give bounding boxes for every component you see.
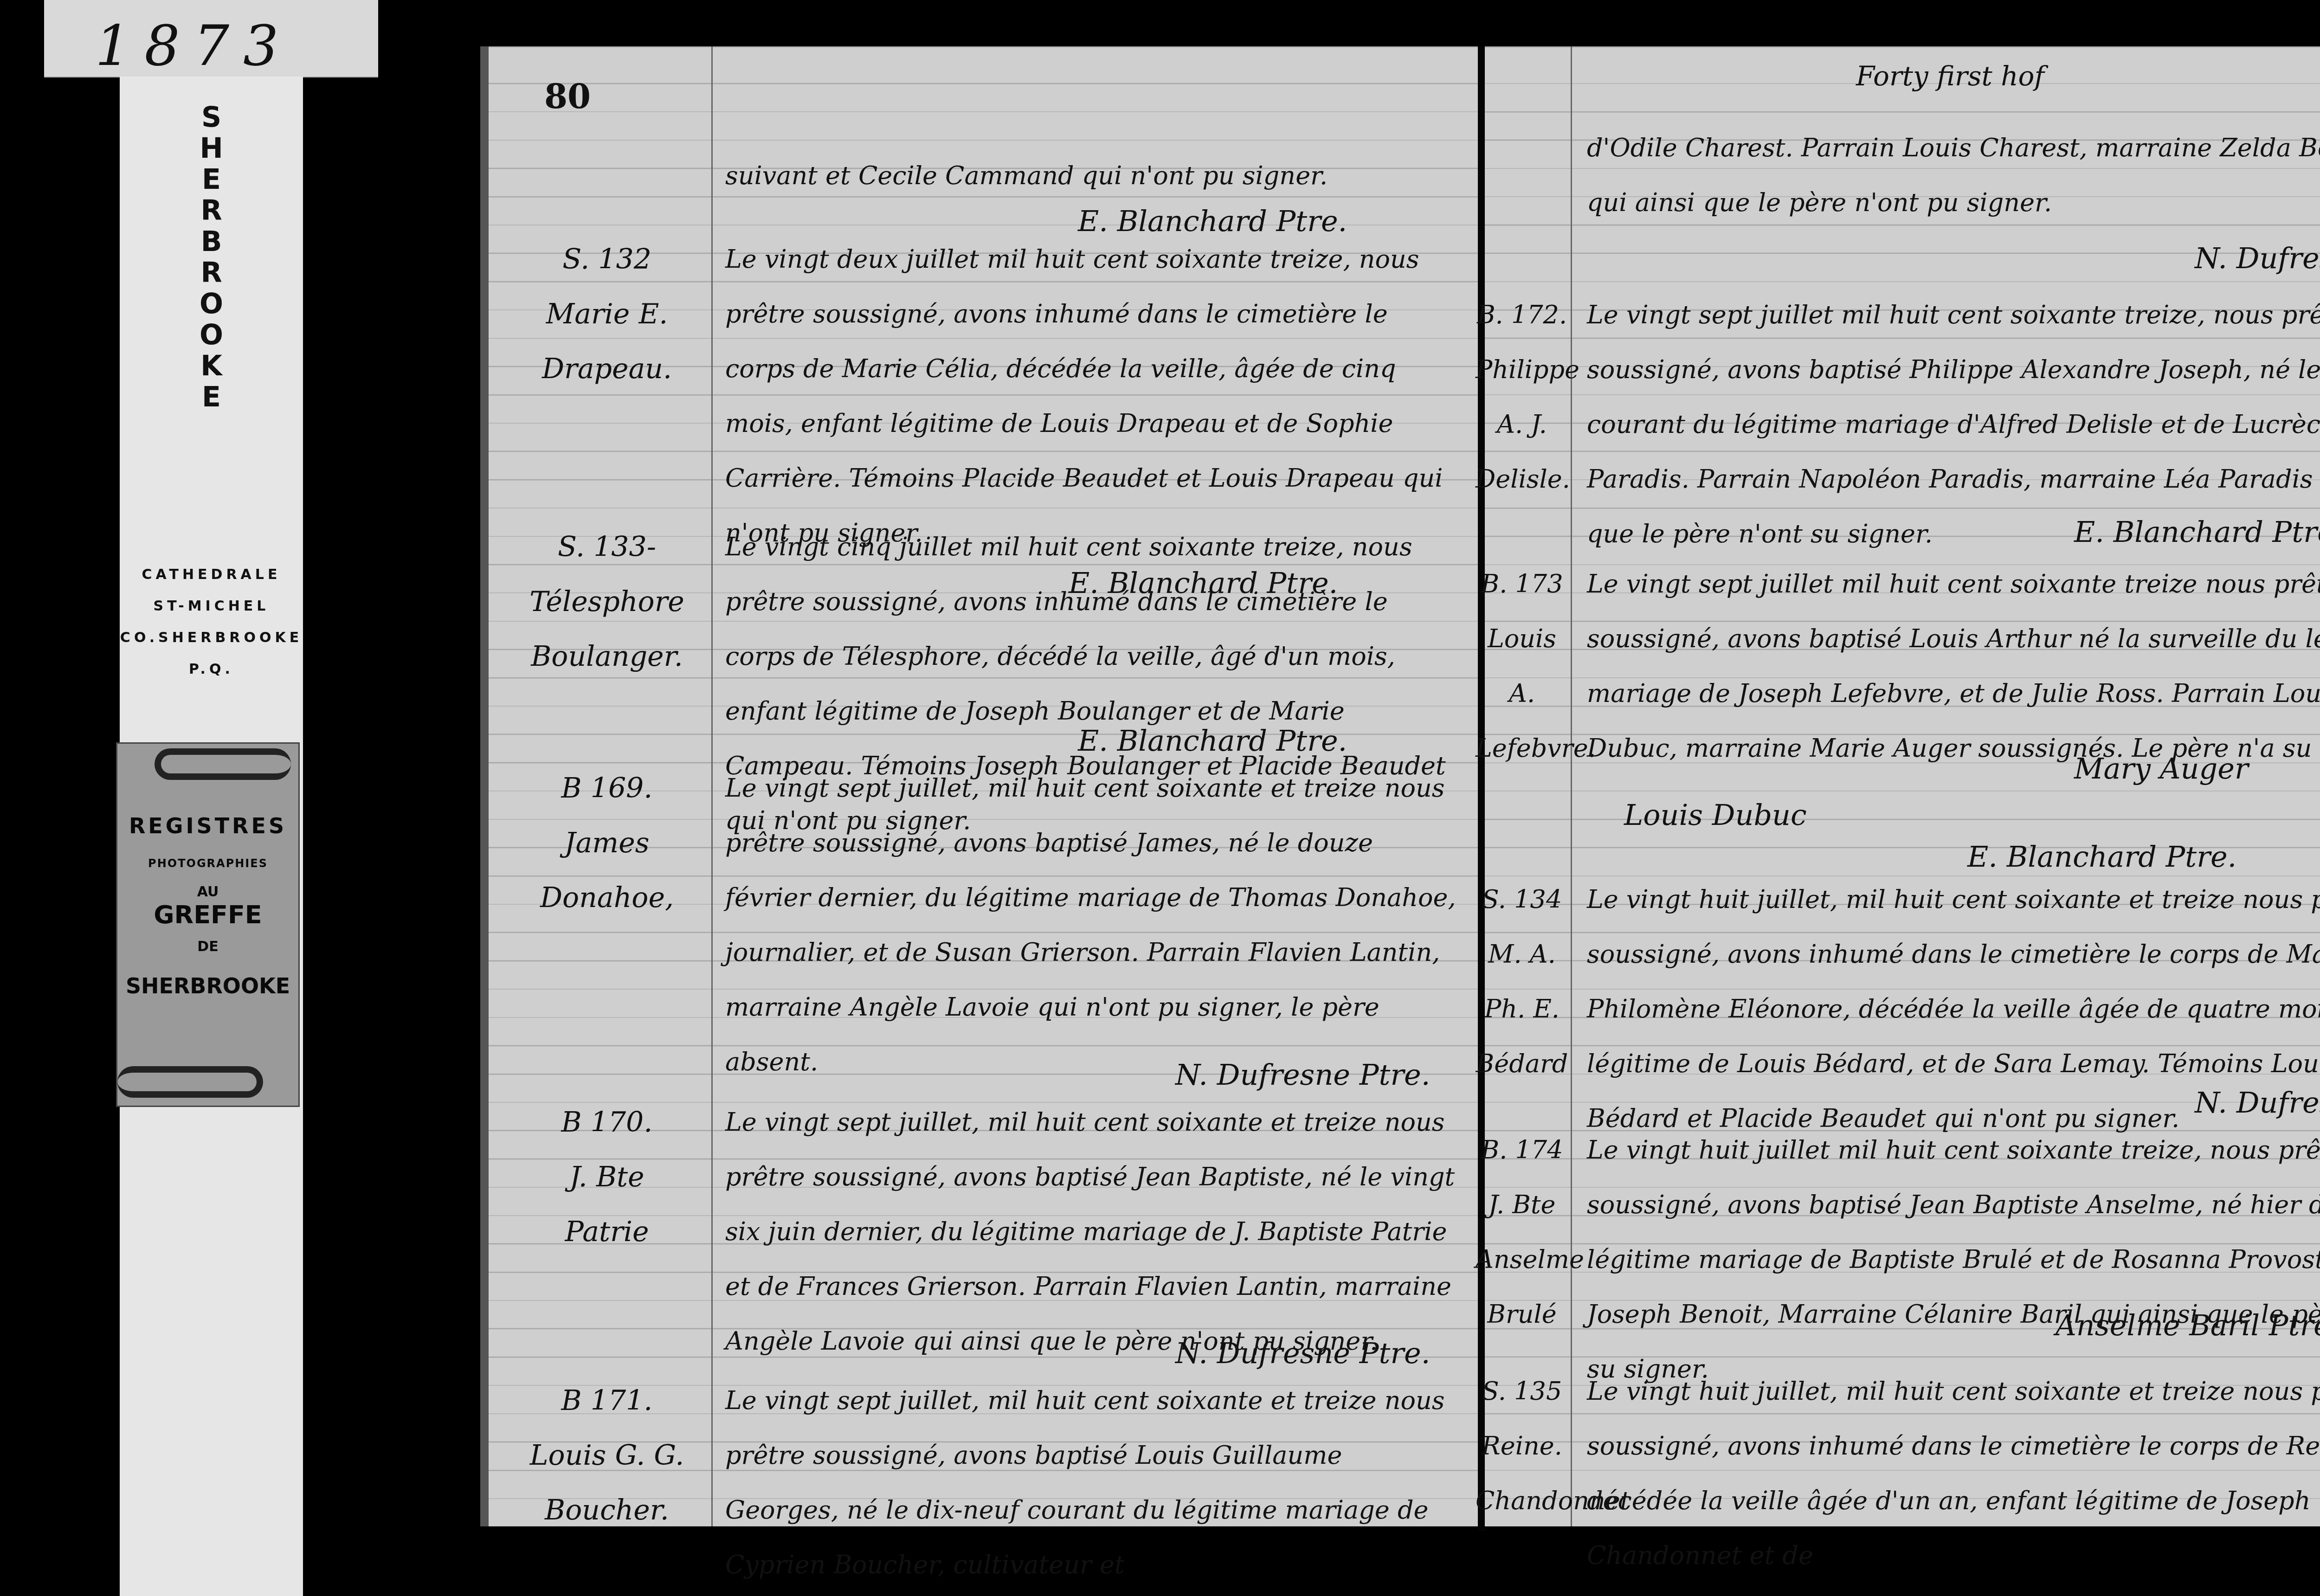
page-number: 80 [544, 77, 591, 116]
entry-number: S. 133- [507, 520, 707, 574]
letter: R [120, 195, 303, 226]
entry-text: Le vingt sept juillet, mil huit cent soi… [725, 761, 1458, 1089]
entry-number: B 169. [507, 761, 707, 816]
signature: Anselme Baril Ptre. [2056, 1308, 2320, 1342]
letter: R [120, 257, 303, 289]
city-vertical-title: S H E R B R O O K E [120, 102, 303, 413]
entry-text: Le vingt huit juillet, mil huit cent soi… [1587, 1364, 2320, 1583]
carryover-text: d'Odile Charest. Parrain Louis Charest, … [1587, 121, 2320, 230]
entry-text: Le vingt sept juillet, mil huit cent soi… [725, 1095, 1458, 1369]
witness-signature: Mary Auger [2074, 752, 2249, 785]
carryover-text: suivant et Cecile Cammand qui n'ont pu s… [725, 148, 1458, 203]
stamp-line: SHERBROOKE [117, 973, 298, 998]
entry-number: B 170. [507, 1095, 707, 1150]
margin-rule [711, 46, 713, 1526]
entry-number: B. 174 [1476, 1123, 1568, 1178]
entry-number: S. 135 [1476, 1364, 1568, 1419]
parish-info: CATHEDRALE ST-MICHEL CO.SHERBROOKE P.Q. [120, 559, 303, 685]
signature: E. Blanchard Ptre. [2074, 515, 2320, 549]
entry-surname: Delisle. [1476, 452, 1568, 507]
entry-margin-ref: S. 133- Télesphore Boulanger. [507, 520, 707, 684]
signature: E. Blanchard Ptre. [1967, 840, 2236, 874]
entry-surname: Boucher. [507, 1483, 707, 1538]
entry-text: Le vingt sept juillet mil huit cent soix… [1587, 557, 2320, 776]
entry-number: B 171. [507, 1373, 707, 1428]
entry-number: B. 172. [1476, 288, 1568, 342]
letter: O [120, 289, 303, 320]
entry-person: Louis A. [1476, 611, 1568, 721]
letter: K [120, 351, 303, 382]
entry-margin-ref: B. 172. Philippe A. J. Delisle. [1476, 288, 1568, 507]
parish-line: P.Q. [120, 654, 303, 685]
letter: H [120, 133, 303, 164]
entry-surname: Donahoe, [507, 870, 707, 925]
stamp-line: PHOTOGRAPHIES [117, 857, 298, 870]
entry-margin-ref: B. 173 Louis A. Lefebvre. [1476, 557, 1568, 776]
entry-surname: Bédard [1476, 1036, 1568, 1091]
entry-number: S. 132 [507, 232, 707, 287]
entry-text: Le vingt sept juillet, mil huit cent soi… [725, 1373, 1458, 1592]
entry-margin-ref: B 169. James Donahoe, [507, 761, 707, 925]
entry-person: James [507, 816, 707, 870]
witness-signature: Louis Dubuc [1624, 798, 1807, 832]
entry-number: B. 173 [1476, 557, 1568, 611]
signature: N. Dufresne Ptre. [1175, 1058, 1430, 1092]
year-label: 1873 [95, 14, 292, 78]
paperclip-icon [155, 748, 291, 780]
parish-line: CO.SHERBROOKE [120, 622, 303, 654]
stamp-line: REGISTRES [117, 813, 298, 838]
letter: B [120, 226, 303, 257]
entry-surname: Brulé [1476, 1287, 1568, 1342]
signature: N. Dufresne Ptre. [1175, 1336, 1430, 1370]
entry-margin-ref: B 171. Louis G. G. Boucher. [507, 1373, 707, 1538]
register-page-right: Forty first hof 81 d'Odile Charest. Parr… [1485, 46, 2320, 1526]
stamp-line: AU [117, 884, 298, 900]
stamp-line: DE [117, 939, 298, 955]
entry-person: J. Bte [507, 1150, 707, 1204]
entry-person: Télesphore [507, 574, 707, 629]
entry-surname: Boulanger. [507, 629, 707, 684]
margin-rule [1571, 46, 1572, 1526]
entry-text: Le vingt deux juillet mil huit cent soix… [725, 232, 1458, 560]
registry-stamp: REGISTRES PHOTOGRAPHIES AU GREFFE DE SHE… [116, 742, 300, 1107]
paperclip-icon [117, 1066, 263, 1098]
signature: N. Dufresne Ptre. [2195, 241, 2320, 275]
signature: N. Dufresne Ptre. [2195, 1086, 2320, 1120]
entry-margin-ref: S. 135 Reine. Chandonnet [1476, 1364, 1568, 1528]
letter: E [120, 164, 303, 195]
entry-margin-ref: S. 132 Marie E. Drapeau. [507, 232, 707, 396]
entry-text: Le vingt huit juillet mil huit cent soix… [1587, 1123, 2320, 1396]
letter: O [120, 320, 303, 351]
year-tab: 1873 [44, 0, 378, 77]
entry-person: J. Bte Anselme [1476, 1178, 1568, 1287]
entry-number: S. 134 [1476, 872, 1568, 927]
signature: E. Blanchard Ptre. [1078, 724, 1347, 758]
entry-surname: Drapeau. [507, 341, 707, 396]
entry-surname: Lefebvre. [1476, 721, 1568, 776]
parish-line: CATHEDRALE [120, 559, 303, 591]
stamp-line: GREFFE [117, 900, 298, 929]
entry-margin-ref: B 170. J. Bte Patrie [507, 1095, 707, 1259]
entry-person: Louis G. G. [507, 1428, 707, 1483]
letter: S [120, 102, 303, 133]
entry-person: Philippe A. J. [1476, 342, 1568, 452]
entry-person: M. A. Ph. E. [1476, 927, 1568, 1036]
parish-line: ST-MICHEL [120, 591, 303, 622]
entry-surname: Patrie [507, 1204, 707, 1259]
entry-surname: Chandonnet [1476, 1474, 1568, 1528]
entry-person: Reine. [1476, 1419, 1568, 1474]
page-header-note: Forty first hof [1856, 60, 2044, 92]
register-page-left: 80 suivant et Cecile Cammand qui n'ont p… [480, 46, 1486, 1526]
entry-margin-ref: B. 174 J. Bte Anselme Brulé [1476, 1123, 1568, 1342]
entry-person: Marie E. [507, 287, 707, 341]
letter: E [120, 382, 303, 413]
entry-margin-ref: S. 134 M. A. Ph. E. Bédard [1476, 872, 1568, 1091]
